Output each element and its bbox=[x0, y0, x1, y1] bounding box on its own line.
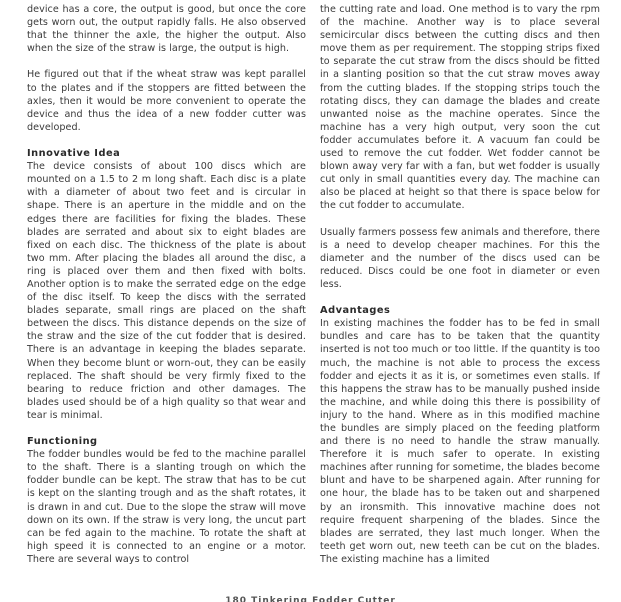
intro-paragraph-1: device has a core, the output is good, b… bbox=[27, 3, 306, 55]
section-body-innovative-idea: The device consists of about 100 discs w… bbox=[27, 160, 306, 422]
section-heading-functioning: Functioning bbox=[27, 435, 306, 448]
page-footer: 180 Tinkering Fodder Cutter bbox=[0, 596, 621, 602]
left-column: device has a core, the output is good, b… bbox=[27, 3, 306, 566]
continued-paragraph: the cutting rate and load. One method is… bbox=[320, 3, 600, 213]
right-column: the cutting rate and load. One method is… bbox=[320, 3, 600, 566]
section-body-advantages: In existing machines the fodder has to b… bbox=[320, 317, 600, 566]
cheaper-machines-paragraph: Usually farmers possess few animals and … bbox=[320, 226, 600, 291]
section-heading-innovative-idea: Innovative Idea bbox=[27, 147, 306, 160]
document-page: device has a core, the output is good, b… bbox=[0, 0, 621, 602]
section-heading-advantages: Advantages bbox=[320, 304, 600, 317]
intro-paragraph-2: He figured out that if the wheat straw w… bbox=[27, 68, 306, 133]
section-body-functioning: The fodder bundles would be fed to the m… bbox=[27, 448, 306, 566]
